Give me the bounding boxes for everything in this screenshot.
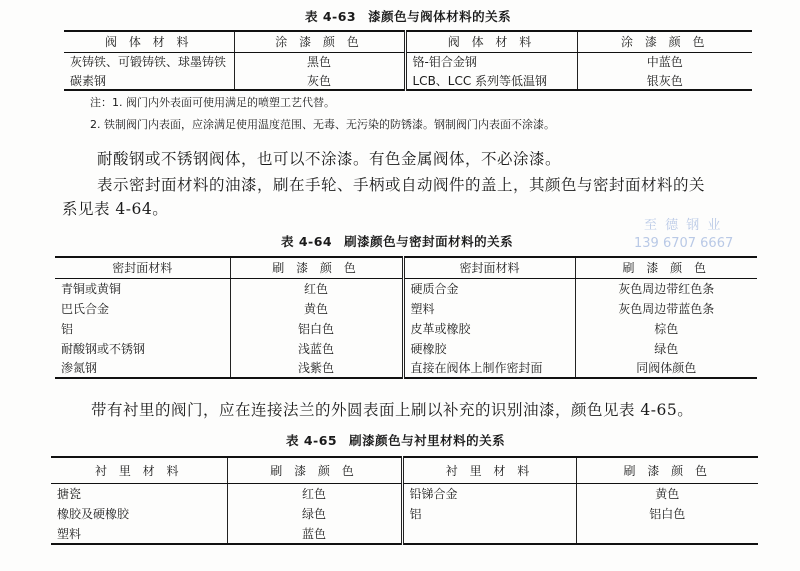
table-row: 搪瓷 红色 铅锑合金 黄色 <box>51 483 758 503</box>
col-header: 刷 漆 颜 色 <box>227 457 402 483</box>
cell: 铝 <box>55 318 230 338</box>
cell: 青铜或黄铜 <box>55 278 230 298</box>
col-header: 衬 里 材 料 <box>402 457 576 483</box>
body-paragraph: 系见表 4-64。 <box>62 197 168 219</box>
col-header: 刷 漆 颜 色 <box>576 457 758 483</box>
cell: 黄色 <box>576 483 758 503</box>
table-4-64-title: 表 4-64刷漆颜色与密封面材料的关系 <box>281 232 513 250</box>
table-row: 碳素钢 灰色 LCB、LCC 系列等低温钢 银灰色 <box>64 71 752 90</box>
table-caption: 刷漆颜色与衬里材料的关系 <box>349 433 505 448</box>
cell: 棕色 <box>575 318 757 338</box>
table-row: 青铜或黄铜 红色 硬质合金 灰色周边带红色条 <box>55 278 757 298</box>
table-note: 注：1. 阀门内外表面可使用满足的喷塑工艺代替。 <box>90 94 335 110</box>
cell: 耐酸钢或不锈钢 <box>55 338 230 358</box>
cell: 灰色周边带蓝色条 <box>575 298 757 318</box>
cell: 铝白色 <box>576 503 758 523</box>
cell: 蓝色 <box>227 523 402 544</box>
col-header: 涂 漆 颜 色 <box>577 31 752 52</box>
cell <box>576 523 758 544</box>
table-number: 表 4-64 <box>281 234 332 249</box>
col-header: 密封面材料 <box>403 257 575 278</box>
table-caption: 刷漆颜色与密封面材料的关系 <box>344 234 513 249</box>
cell: 黄色 <box>230 298 403 318</box>
cell: 铝 <box>402 503 576 523</box>
cell: 灰色 <box>234 71 405 90</box>
col-header: 涂 漆 颜 色 <box>234 31 405 52</box>
cell: 红色 <box>230 278 403 298</box>
cell: 黑色 <box>234 52 405 71</box>
col-header: 阀 体 材 料 <box>64 31 234 52</box>
cell: 绿色 <box>575 338 757 358</box>
cell: 橡胶及硬橡胶 <box>51 503 227 523</box>
cell: 同阀体颜色 <box>575 358 757 378</box>
cell: 塑料 <box>51 523 227 544</box>
cell: 巴氏合金 <box>55 298 230 318</box>
table-row: 塑料 蓝色 <box>51 523 758 544</box>
cell: 铝白色 <box>230 318 403 338</box>
watermark-company: 至 德 钢 业 <box>644 214 722 233</box>
cell: 塑料 <box>403 298 575 318</box>
cell: 绿色 <box>227 503 402 523</box>
cell: LCB、LCC 系列等低温钢 <box>405 71 577 90</box>
table-caption: 漆颜色与阀体材料的关系 <box>368 9 511 24</box>
table-4-63-title: 表 4-63漆颜色与阀体材料的关系 <box>305 7 511 25</box>
table-header-row: 密封面材料 刷 漆 颜 色 密封面材料 刷 漆 颜 色 <box>55 257 757 278</box>
body-paragraph: 带有衬里的阀门，应在连接法兰的外圆表面上刷以补充的识别油漆，颜色见表 4-65。 <box>91 398 693 420</box>
col-header: 衬 里 材 料 <box>51 457 227 483</box>
cell: 红色 <box>227 483 402 503</box>
cell: 铬-钼合金钢 <box>405 52 577 71</box>
body-paragraph: 表示密封面材料的油漆，刷在手轮、手柄或自动阀件的盖上，其颜色与密封面材料的关 <box>97 173 705 195</box>
col-header: 刷 漆 颜 色 <box>230 257 403 278</box>
table-header-row: 阀 体 材 料 涂 漆 颜 色 阀 体 材 料 涂 漆 颜 色 <box>64 31 752 52</box>
table-4-63: 阀 体 材 料 涂 漆 颜 色 阀 体 材 料 涂 漆 颜 色 灰铸铁、可锻铸铁… <box>64 30 752 91</box>
table-4-65-title: 表 4-65刷漆颜色与衬里材料的关系 <box>286 431 505 449</box>
col-header: 刷 漆 颜 色 <box>575 257 757 278</box>
table-row: 铝 铝白色 皮革或橡胶 棕色 <box>55 318 757 338</box>
table-number: 表 4-63 <box>305 9 356 24</box>
cell: 中蓝色 <box>577 52 752 71</box>
table-4-64: 密封面材料 刷 漆 颜 色 密封面材料 刷 漆 颜 色 青铜或黄铜 红色 硬质合… <box>55 256 757 379</box>
body-paragraph: 耐酸钢或不锈钢阀体，也可以不涂漆。有色金属阀体，不必涂漆。 <box>97 147 561 169</box>
col-header: 阀 体 材 料 <box>405 31 577 52</box>
cell: 渗氮钢 <box>55 358 230 378</box>
cell: 搪瓷 <box>51 483 227 503</box>
table-4-65: 衬 里 材 料 刷 漆 颜 色 衬 里 材 料 刷 漆 颜 色 搪瓷 红色 铅锑… <box>51 456 758 545</box>
table-row: 渗氮钢 浅紫色 直接在阀体上制作密封面 同阀体颜色 <box>55 358 757 378</box>
table-number: 表 4-65 <box>286 433 337 448</box>
cell: 铅锑合金 <box>402 483 576 503</box>
cell: 银灰色 <box>577 71 752 90</box>
table-row: 橡胶及硬橡胶 绿色 铝 铝白色 <box>51 503 758 523</box>
cell: 浅蓝色 <box>230 338 403 358</box>
cell: 皮革或橡胶 <box>403 318 575 338</box>
col-header: 密封面材料 <box>55 257 230 278</box>
cell: 灰色周边带红色条 <box>575 278 757 298</box>
table-row: 耐酸钢或不锈钢 浅蓝色 硬橡胶 绿色 <box>55 338 757 358</box>
cell: 浅紫色 <box>230 358 403 378</box>
cell: 碳素钢 <box>64 71 234 90</box>
table-row: 巴氏合金 黄色 塑料 灰色周边带蓝色条 <box>55 298 757 318</box>
table-row: 灰铸铁、可锻铸铁、球墨铸铁 黑色 铬-钼合金钢 中蓝色 <box>64 52 752 71</box>
watermark-phone: 139 6707 6667 <box>634 236 733 251</box>
cell: 灰铸铁、可锻铸铁、球墨铸铁 <box>64 52 234 71</box>
cell: 直接在阀体上制作密封面 <box>403 358 575 378</box>
cell <box>402 523 576 544</box>
table-note: 2. 铁制阀门内表面，应涂满足使用温度范围、无毒、无污染的防锈漆。钢制阀门内表面… <box>90 116 555 132</box>
cell: 硬橡胶 <box>403 338 575 358</box>
cell: 硬质合金 <box>403 278 575 298</box>
table-header-row: 衬 里 材 料 刷 漆 颜 色 衬 里 材 料 刷 漆 颜 色 <box>51 457 758 483</box>
